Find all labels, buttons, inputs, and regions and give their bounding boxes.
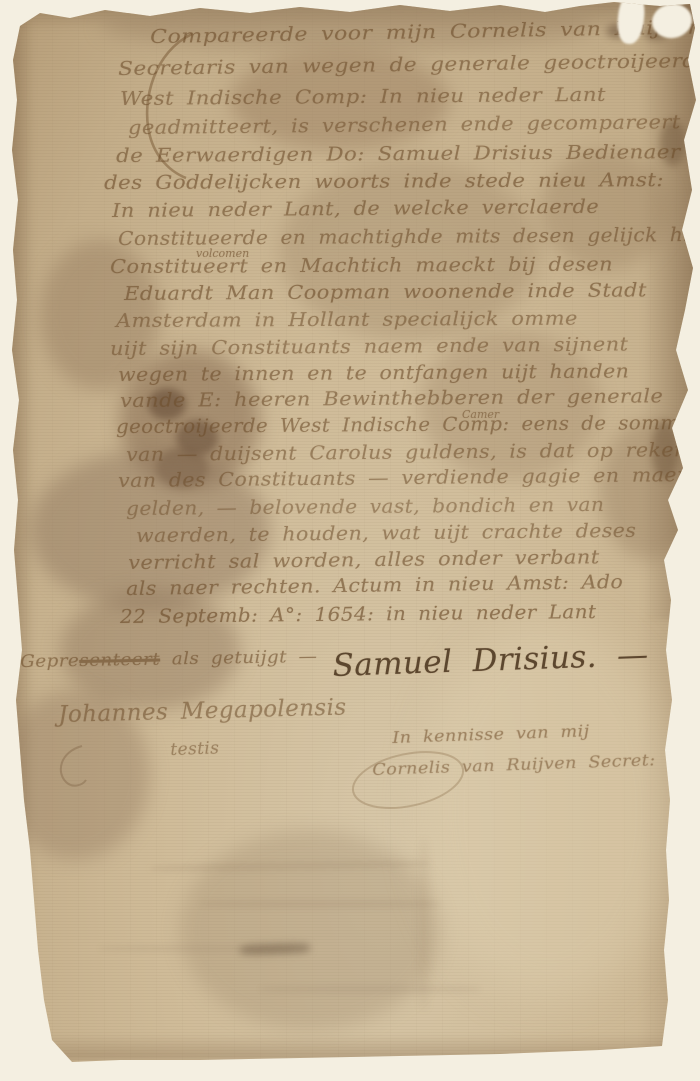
manuscript-paper: Compareerde voor mijn Cornelis van Ruijv… xyxy=(0,0,700,1081)
ink-bleedthrough-mark xyxy=(100,945,290,952)
torn-edge-chip xyxy=(16,1034,43,1068)
manuscript-line: waerden, te houden, wat uijt crachte des… xyxy=(136,520,636,547)
manuscript-line: Constitueert en Machtich maeckt bij dese… xyxy=(110,253,613,278)
torn-edge-chip xyxy=(0,792,14,836)
manuscript-line: Amsterdam in Hollant specialijck omme xyxy=(116,308,578,332)
manuscript-line: uijt sijn Constituants naem ende van sij… xyxy=(110,333,629,360)
manuscript-line: verricht sal worden, alles onder verbant xyxy=(128,546,600,574)
manuscript-line: Secretaris van wegen de generale geoctro… xyxy=(118,50,700,80)
scanned-document-page: Compareerde voor mijn Cornelis van Ruijv… xyxy=(0,0,700,1081)
witness-title-testis: testis xyxy=(170,738,220,760)
attestation-text: Gepre xyxy=(20,651,79,672)
clerk-flourish-stroke xyxy=(348,748,468,812)
manuscript-line: de Eerwaerdigen Do: Samuel Drisius Bedie… xyxy=(116,141,681,167)
ink-bleedthrough-mark xyxy=(418,840,430,1010)
ink-bleedthrough-mark xyxy=(200,900,440,908)
manuscript-line: In nieu neder Lant, de welcke verclaerde xyxy=(112,196,599,222)
attestation-strikethrough: senteert xyxy=(79,650,160,671)
manuscript-line: des Goddelijcken woorts inde stede nieu … xyxy=(104,169,664,194)
manuscript-line: Eduardt Man Coopman woonende inde Stadt xyxy=(124,279,647,305)
witness-flourish-stroke xyxy=(52,742,92,792)
manuscript-line: geadmitteert, is verschenen ende gecompa… xyxy=(128,111,681,139)
manuscript-line: geoctroijeerde West Indische Comp: eens … xyxy=(116,412,692,438)
torn-edge-chip xyxy=(22,0,42,14)
edge-shading xyxy=(40,1034,670,1060)
paper-stain xyxy=(180,830,440,1030)
attestation-text: als getuijgt — xyxy=(160,647,318,670)
witness-attestation: Gepresenteert als getuijgt — xyxy=(20,647,318,672)
ink-bleedthrough-mark xyxy=(260,985,480,993)
manuscript-line: wegen te innen en te ontfangen uijt hand… xyxy=(118,360,629,386)
manuscript-line: gelden, — belovende vast, bondich en van xyxy=(126,494,604,520)
manuscript-line: West Indische Comp: In nieu neder Lant xyxy=(120,84,606,110)
